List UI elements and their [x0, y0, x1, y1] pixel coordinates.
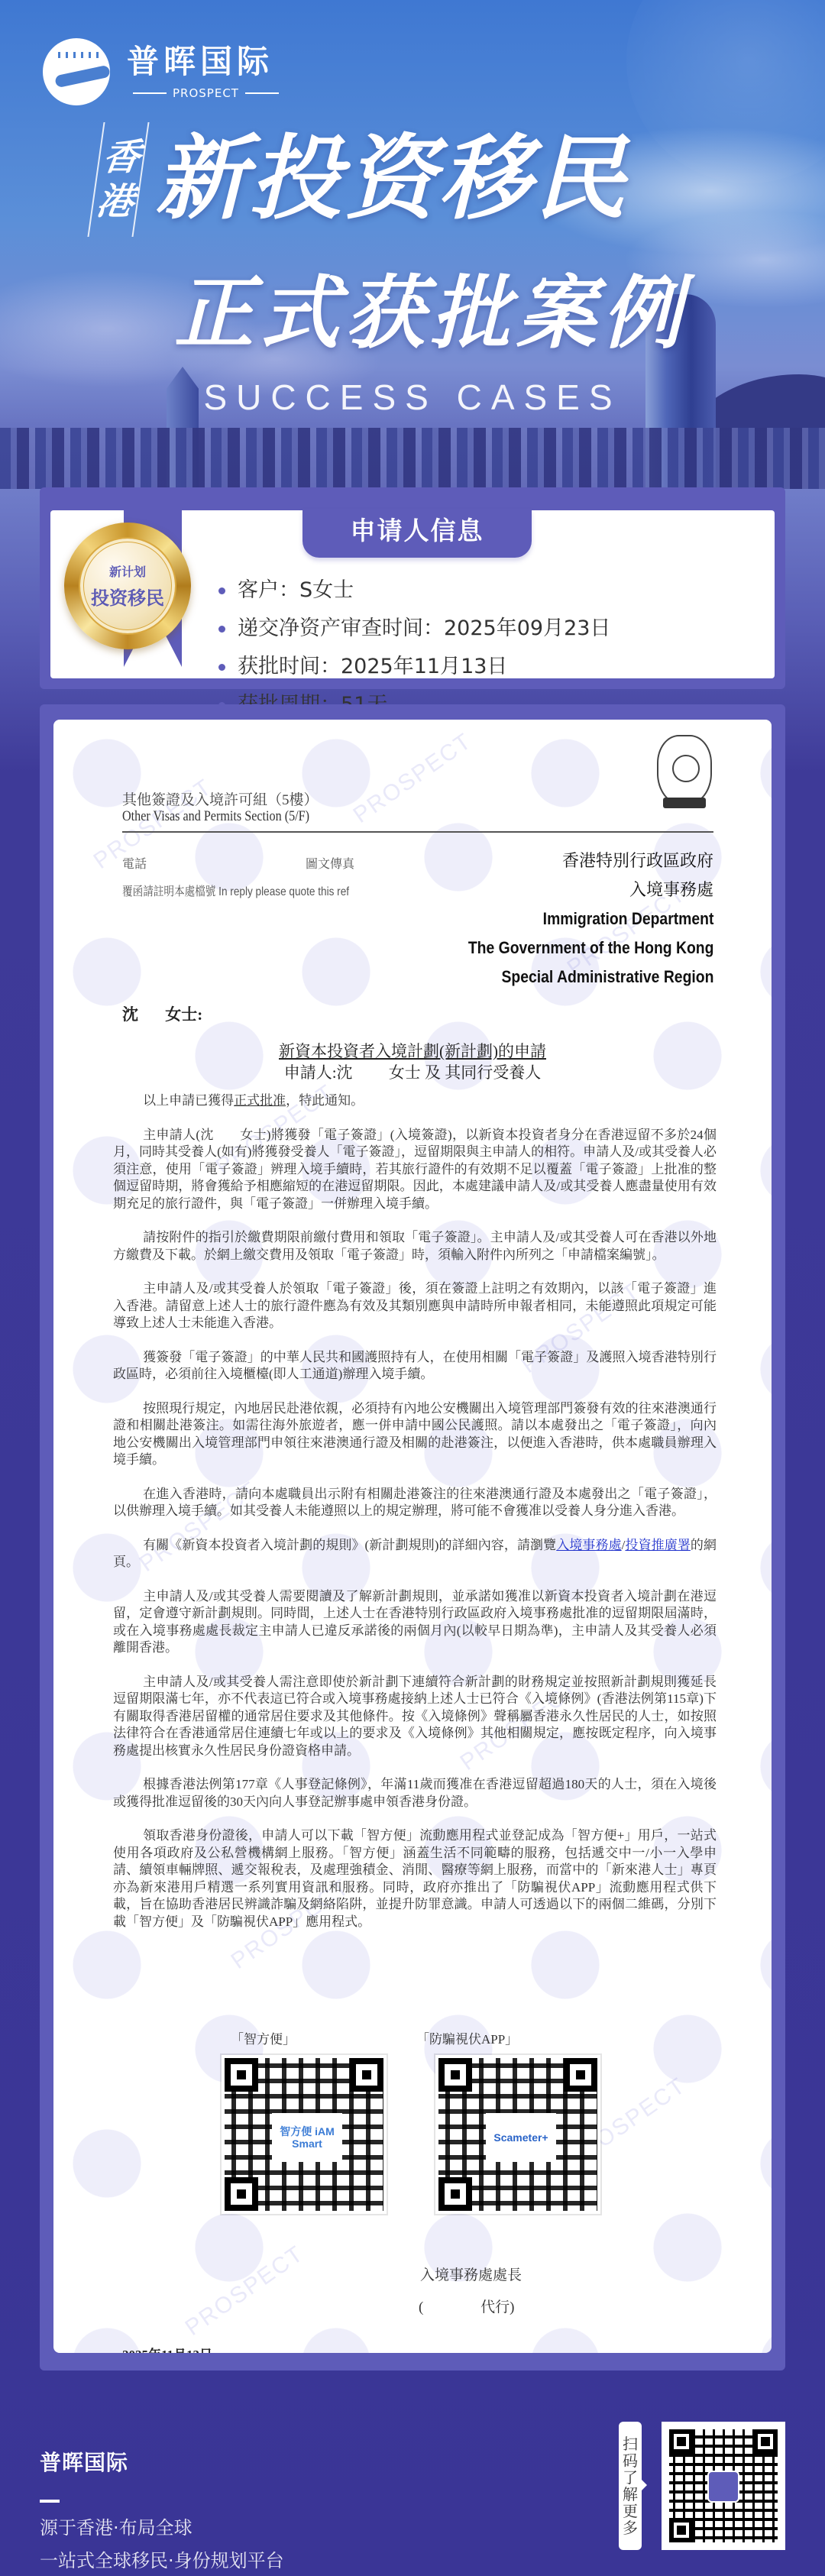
letter-paragraph: 按照現行規定，內地居民赴港依親，必須持有內地公安機關出入境管理部門簽發有效的往來…	[113, 1400, 717, 1469]
prospect-logo-icon	[707, 2471, 739, 2503]
letter-paragraph: 主申請人及/或其受養人需要閱讀及了解新計劃規則，並承諾如獲准以新資本投資者入境計…	[113, 1588, 717, 1657]
letter-date: 2025年11月13日	[122, 2344, 212, 2353]
scameter-logo-icon: Scameter+	[486, 2113, 556, 2162]
investhk-link[interactable]: 投資推廣署	[625, 1538, 691, 1552]
bullet-icon	[218, 664, 225, 671]
letter-title: 新資本投資者入境計劃(新計劃)的申請	[53, 1039, 772, 1062]
immd-link[interactable]: 入境事務處	[556, 1538, 621, 1552]
footer-qr-code[interactable]	[662, 2422, 785, 2550]
signer-acting: ( 代行)	[419, 2296, 514, 2316]
qr2-label: 「防騙視伏APP」	[416, 2028, 518, 2047]
letter-paragraph: 獲簽發「電子簽證」的中華人民共和國護照持有人，在使用相關「電子簽證」及護照入境香…	[113, 1349, 717, 1383]
info-list: 客户：S女士 递交净资产审查时间：2025年09月23日 获批时间：2025年1…	[218, 571, 610, 724]
approval-notice: 以上申請已獲得正式批准，特此通知。	[113, 1092, 717, 1110]
applicant-info-frame: 新计划 投资移民 申请人信息 客户：S女士 递交净资产审查时间：2025年09月…	[40, 487, 785, 689]
letter-body: 以上申請已獲得正式批准，特此通知。 主申請人(沈 女士)將獲發「電子簽證」(入境…	[113, 1092, 717, 1947]
letter-paragraph: 根據香港法例第177章《人事登記條例》，年滿11歲而獲准在香港逗留超過180天的…	[113, 1776, 717, 1811]
footer-slogan2: 一站式全球移民·身份规划平台	[40, 2545, 284, 2572]
info-section-title: 申请人信息	[302, 509, 532, 558]
section-name-cn: 其他簽證及入境許可組（5樓）	[122, 788, 319, 809]
logo-icon	[43, 38, 110, 105]
footer-divider	[40, 2500, 60, 2503]
iamsmart-logo-icon: 智方便 iAM Smart	[272, 2113, 342, 2162]
hero-banner: 普晖国际 PROSPECT 香 港 新投资移民 正式获批案例 SUCCESS C…	[0, 0, 825, 489]
seal-line2: 投资移民	[91, 583, 164, 610]
immigration-emblem-icon	[657, 735, 712, 805]
approval-letter-frame: PROSPECT PROSPECT PROSPECT PROSPECT PROS…	[40, 704, 785, 2371]
tel-label: 電話	[122, 854, 147, 872]
bullet-icon	[218, 587, 225, 594]
footer-brand: 普晖国际	[40, 2446, 128, 2477]
hong-kong-tag: 香 港	[87, 122, 149, 237]
scameter-qr-code[interactable]: Scameter+	[435, 2055, 600, 2214]
brand-name-en: PROSPECT	[127, 86, 285, 100]
letter-paragraph: 主申請人(沈 女士)將獲發「電子簽證」(入境簽證)，以新資本投資者身分在香港逗留…	[113, 1127, 717, 1213]
gold-seal-badge: 新计划 投资移民	[64, 523, 191, 649]
fax-label: 圖文傳真	[306, 854, 354, 872]
salutation: 沈 女士:	[122, 1002, 202, 1025]
city-skyline	[0, 428, 825, 489]
qr1-label: 「智方便」	[231, 2028, 296, 2047]
letter-paragraph: 在進入香港時，請向本處職員出示附有相關赴港簽注的往來港澳通行證及本處發出之「電子…	[113, 1486, 717, 1520]
letter-paragraph: 主申請人及/或其受養人需注意即使於新計劃下連續符合新計劃的財務規定並按照新計劃規…	[113, 1674, 717, 1760]
applicant-info-card: 新计划 投资移民 申请人信息 客户：S女士 递交净资产审查时间：2025年09月…	[50, 510, 775, 678]
signer-title: 入境事務處處長	[420, 2264, 522, 2284]
bullet-icon	[218, 626, 225, 633]
brand-logo: 普晖国际 PROSPECT	[43, 38, 285, 105]
letter-subtitle: 申請人:沈 女士 及 其同行受養人	[53, 1060, 772, 1083]
seal-line1: 新计划	[109, 562, 146, 580]
footer-slogan1: 源于香港·布局全球	[40, 2513, 192, 2539]
scan-prompt: 扫 码 了 解 更 多	[619, 2422, 642, 2550]
letter-paragraph: 請按附件的指引於繳費期限前繳付費用和領取「電子簽證」。主申請人及/或其受養人可在…	[113, 1229, 717, 1264]
letter-paragraph: 領取香港身份證後，申請人可以下載「智方便」流動應用程式並登記成為「智方便+」用戶…	[113, 1827, 717, 1930]
iamsmart-qr-code[interactable]: 智方便 iAM Smart	[222, 2055, 387, 2214]
hero-subtitle-en: SUCCESS CASES	[0, 377, 825, 418]
hero-title-line2: 正式获批案例	[174, 264, 687, 363]
header-divider	[122, 831, 713, 833]
letter-paragraph-links: 有關《新資本投資者入境計劃的規則》(新計劃規則)的詳細內容，請瀏覽入境事務處/投…	[113, 1537, 717, 1571]
reference-label: 覆函請註明本處檔號 In reply please quote this ref	[122, 882, 349, 899]
footer: 普晖国际 源于香港·布局全球 一站式全球移民·身份规划平台 扫 码 了 解 更 …	[0, 2370, 825, 2576]
letter-paragraph: 主申請人及/或其受養人於領取「電子簽證」後，須在簽證上註明之有效期內，以該「電子…	[113, 1280, 717, 1332]
section-name-en: Other Visas and Permits Section (5/F)	[122, 808, 309, 825]
info-item-submission-date: 递交净资产审查时间：2025年09月23日	[218, 610, 610, 648]
info-item-approval-date: 获批时间：2025年11月13日	[218, 648, 610, 686]
hero-title-main: 新投资移民	[155, 122, 629, 237]
brand-name-cn: 普晖国际	[127, 44, 285, 80]
approval-letter: PROSPECT PROSPECT PROSPECT PROSPECT PROS…	[53, 720, 772, 2353]
hero-title-line1: 香 港 新投资移民	[95, 122, 629, 237]
department-block: 香港特別行政區政府 入境事務處 Immigration Department T…	[435, 846, 713, 992]
info-item-client: 客户：S女士	[218, 571, 610, 610]
